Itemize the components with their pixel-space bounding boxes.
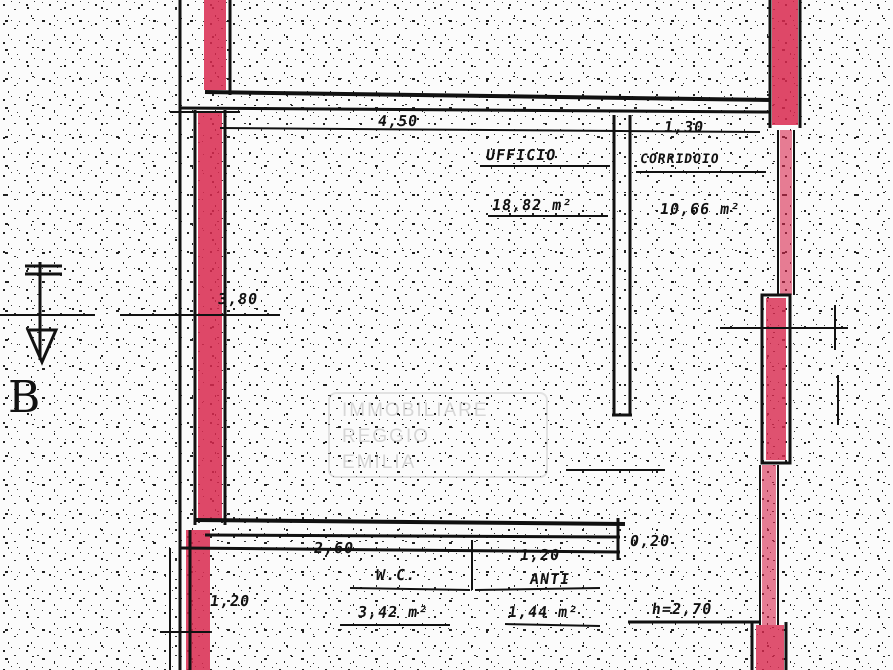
room-name-anti: ANTI [529, 570, 572, 588]
floor-plan-drawing [0, 0, 893, 670]
dim-wc-width: 2,60 [313, 539, 356, 557]
dim-partition: 0,20 [629, 532, 672, 550]
watermark-line: EMILIA [342, 450, 534, 476]
room-name-wc: W.C. [375, 566, 418, 584]
room-name-corridoio: CORRIDOIO [639, 152, 721, 167]
room-area-corridoio: 10,66 m² [659, 200, 742, 218]
section-letter: B [8, 372, 40, 423]
room-area-ufficio: 18,82 m² [491, 196, 574, 214]
dim-ufficio-depth: 3,80 [217, 290, 260, 308]
watermark-line: REGGIO [342, 424, 534, 450]
room-area-wc: 3,42 m² [357, 603, 430, 621]
dim-left-offset: 1,20 [209, 592, 252, 610]
room-area-anti: 1,44 m² [507, 603, 580, 621]
dim-anti-width: 1,20 [519, 546, 562, 564]
watermark: IMMOBILIARE REGGIO EMILIA [328, 392, 548, 478]
ceiling-height: h=2,70 [651, 600, 714, 618]
room-name-ufficio: UFFICIO [485, 146, 558, 164]
dim-ufficio-width: 4,50 [377, 112, 420, 130]
watermark-line: IMMOBILIARE [342, 398, 534, 424]
dim-corridoio-width: 1,30 [663, 118, 706, 136]
